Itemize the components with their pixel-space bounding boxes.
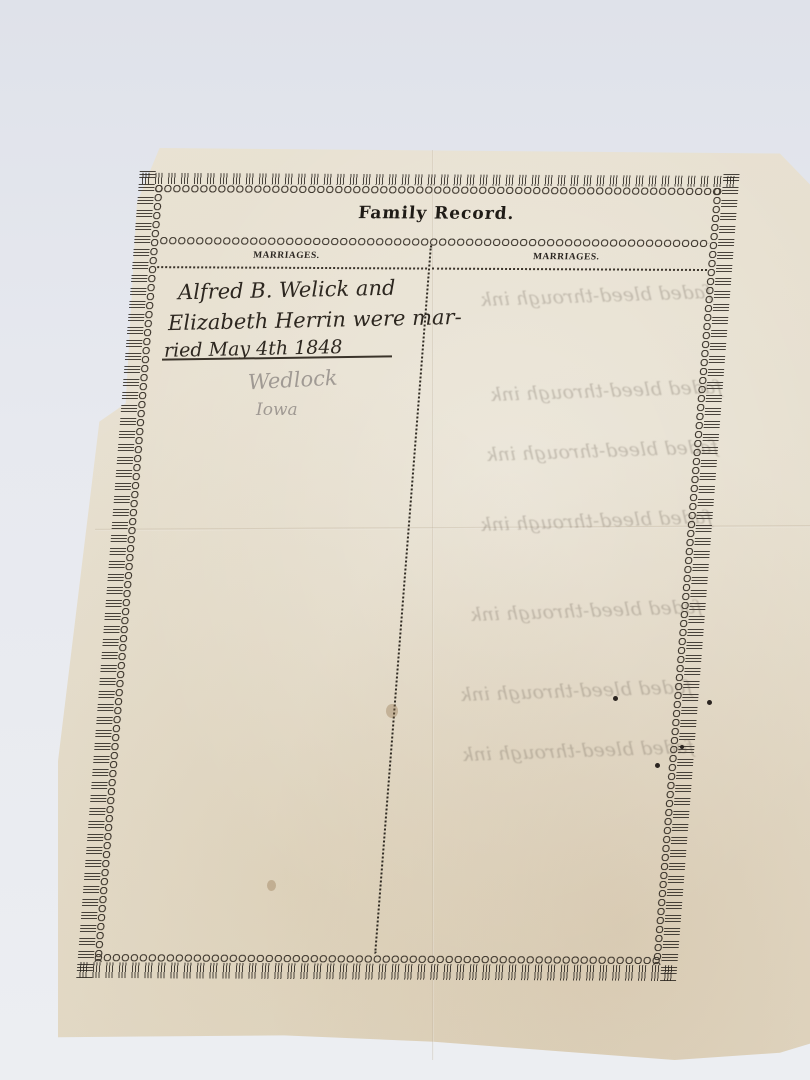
pencil-note-line-1: Wedlock: [247, 366, 338, 395]
marriage-entry-line-1: Alfred B. Welick and: [178, 276, 396, 305]
column-heading-right: MARRIAGES.: [533, 252, 600, 262]
stain-spot: [386, 704, 398, 718]
photo-background: Family Record. MARRIAGES. MARRIAGES. Alf…: [0, 0, 810, 1080]
heading-rule-left: [157, 266, 427, 270]
chain-divider-under-title: [159, 236, 709, 248]
leaf-ornament-bottom: [76, 962, 677, 981]
document-title: Family Record.: [136, 202, 737, 225]
chain-border-top: [154, 184, 722, 196]
ink-spot: [655, 763, 660, 768]
ink-spot: [613, 696, 618, 701]
column-divider: [374, 246, 432, 954]
heading-rule-right: [432, 268, 707, 272]
column-heading-left: MARRIAGES.: [253, 251, 320, 261]
ink-spot: [707, 700, 712, 705]
stain-spot: [267, 880, 276, 891]
ink-spot: [680, 745, 684, 749]
pencil-note-line-2: Iowa: [256, 400, 298, 420]
